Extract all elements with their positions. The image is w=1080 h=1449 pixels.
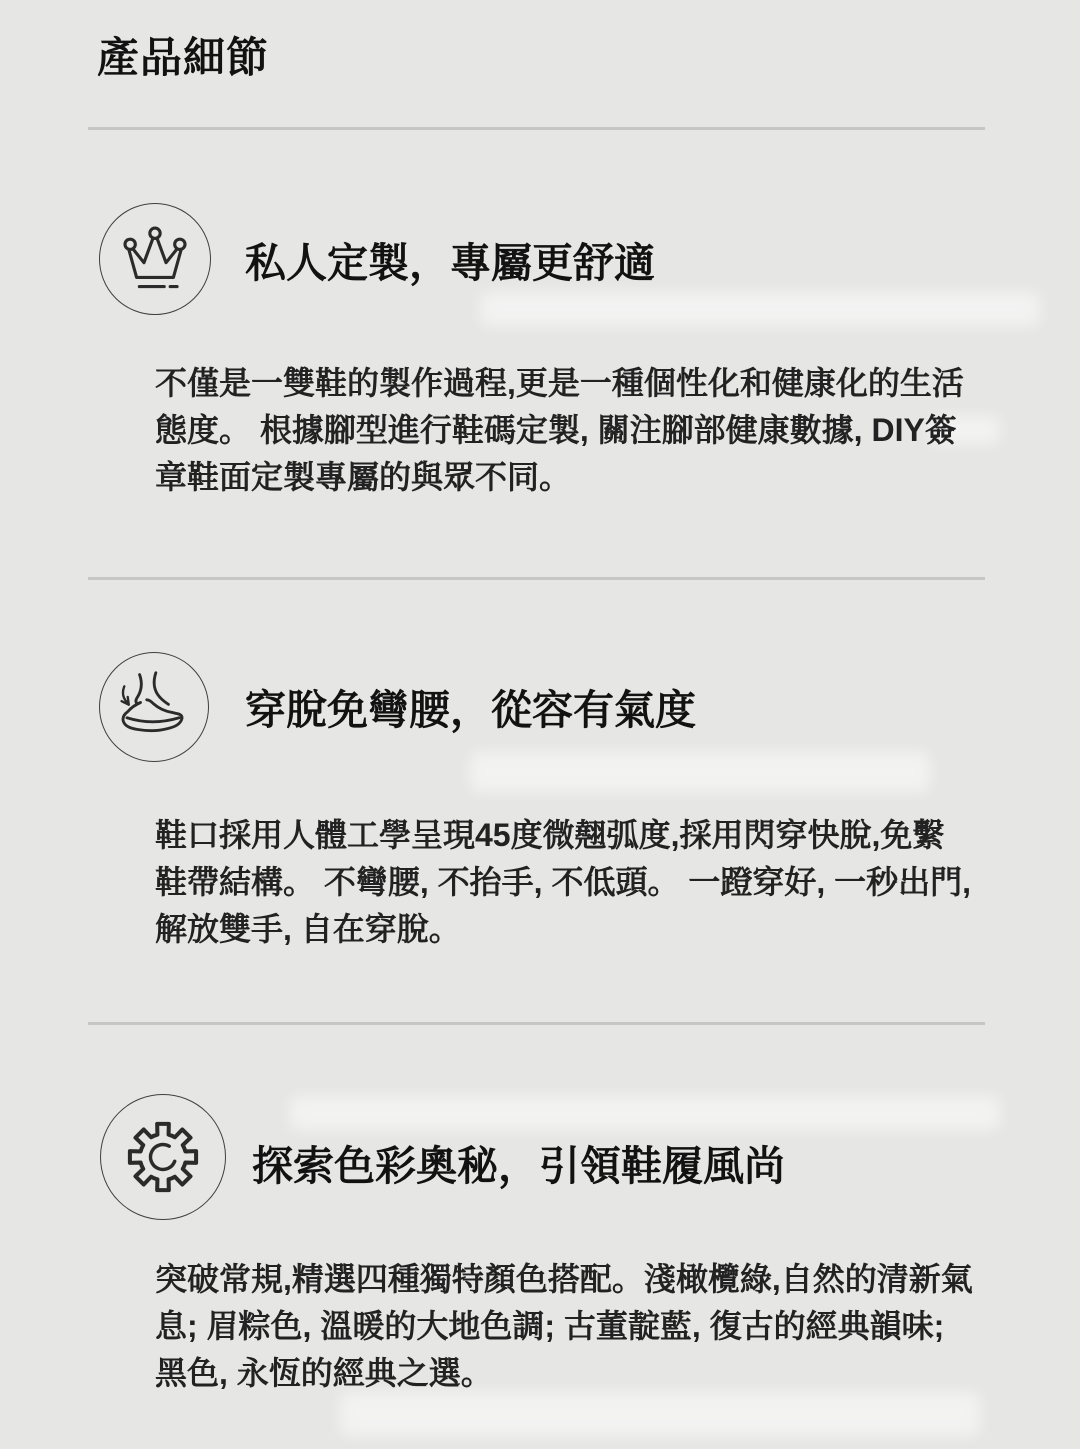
- page-title: 產品細節: [97, 34, 269, 82]
- feature-icon-circle: [99, 652, 209, 762]
- ghost-artifact: [480, 292, 1040, 326]
- feature-heading: 穿脫免彎腰，從容有氣度: [245, 686, 696, 734]
- feature-body: 不僅是一雙鞋的製作過程,更是一種個性化和健康化的生活態度。 根據腳型進行鞋碼定製…: [155, 360, 975, 501]
- feature-heading: 私人定製，專屬更舒適: [245, 239, 655, 287]
- product-details-page: 產品細節 私人定製，專屬更舒適 不僅是一雙鞋的製作過程,更是一種個性化和健康化的…: [0, 0, 1080, 1449]
- ghost-artifact: [290, 1096, 1000, 1130]
- section-divider: [88, 127, 985, 130]
- feature-icon-circle: [99, 203, 211, 315]
- crown-icon: [109, 213, 201, 305]
- section-divider: [88, 1022, 985, 1025]
- ghost-artifact: [470, 752, 930, 792]
- ghost-artifact: [340, 1392, 980, 1436]
- feature-body: 突破常規,精選四種獨特顏色搭配。淺橄欖綠,自然的清新氣息; 眉粽色, 溫暖的大地…: [155, 1256, 975, 1397]
- feature-heading: 探索色彩奧秘，引領鞋履風尚: [252, 1142, 785, 1190]
- slip-on-shoe-icon: [109, 662, 199, 752]
- gear-icon: [115, 1109, 211, 1205]
- feature-body: 鞋口採用人體工學呈現45度微翹弧度,採用閃穿快脫,免繫鞋帶結構。 不彎腰, 不抬…: [155, 812, 975, 953]
- feature-icon-circle: [100, 1094, 226, 1220]
- section-divider: [88, 577, 985, 580]
